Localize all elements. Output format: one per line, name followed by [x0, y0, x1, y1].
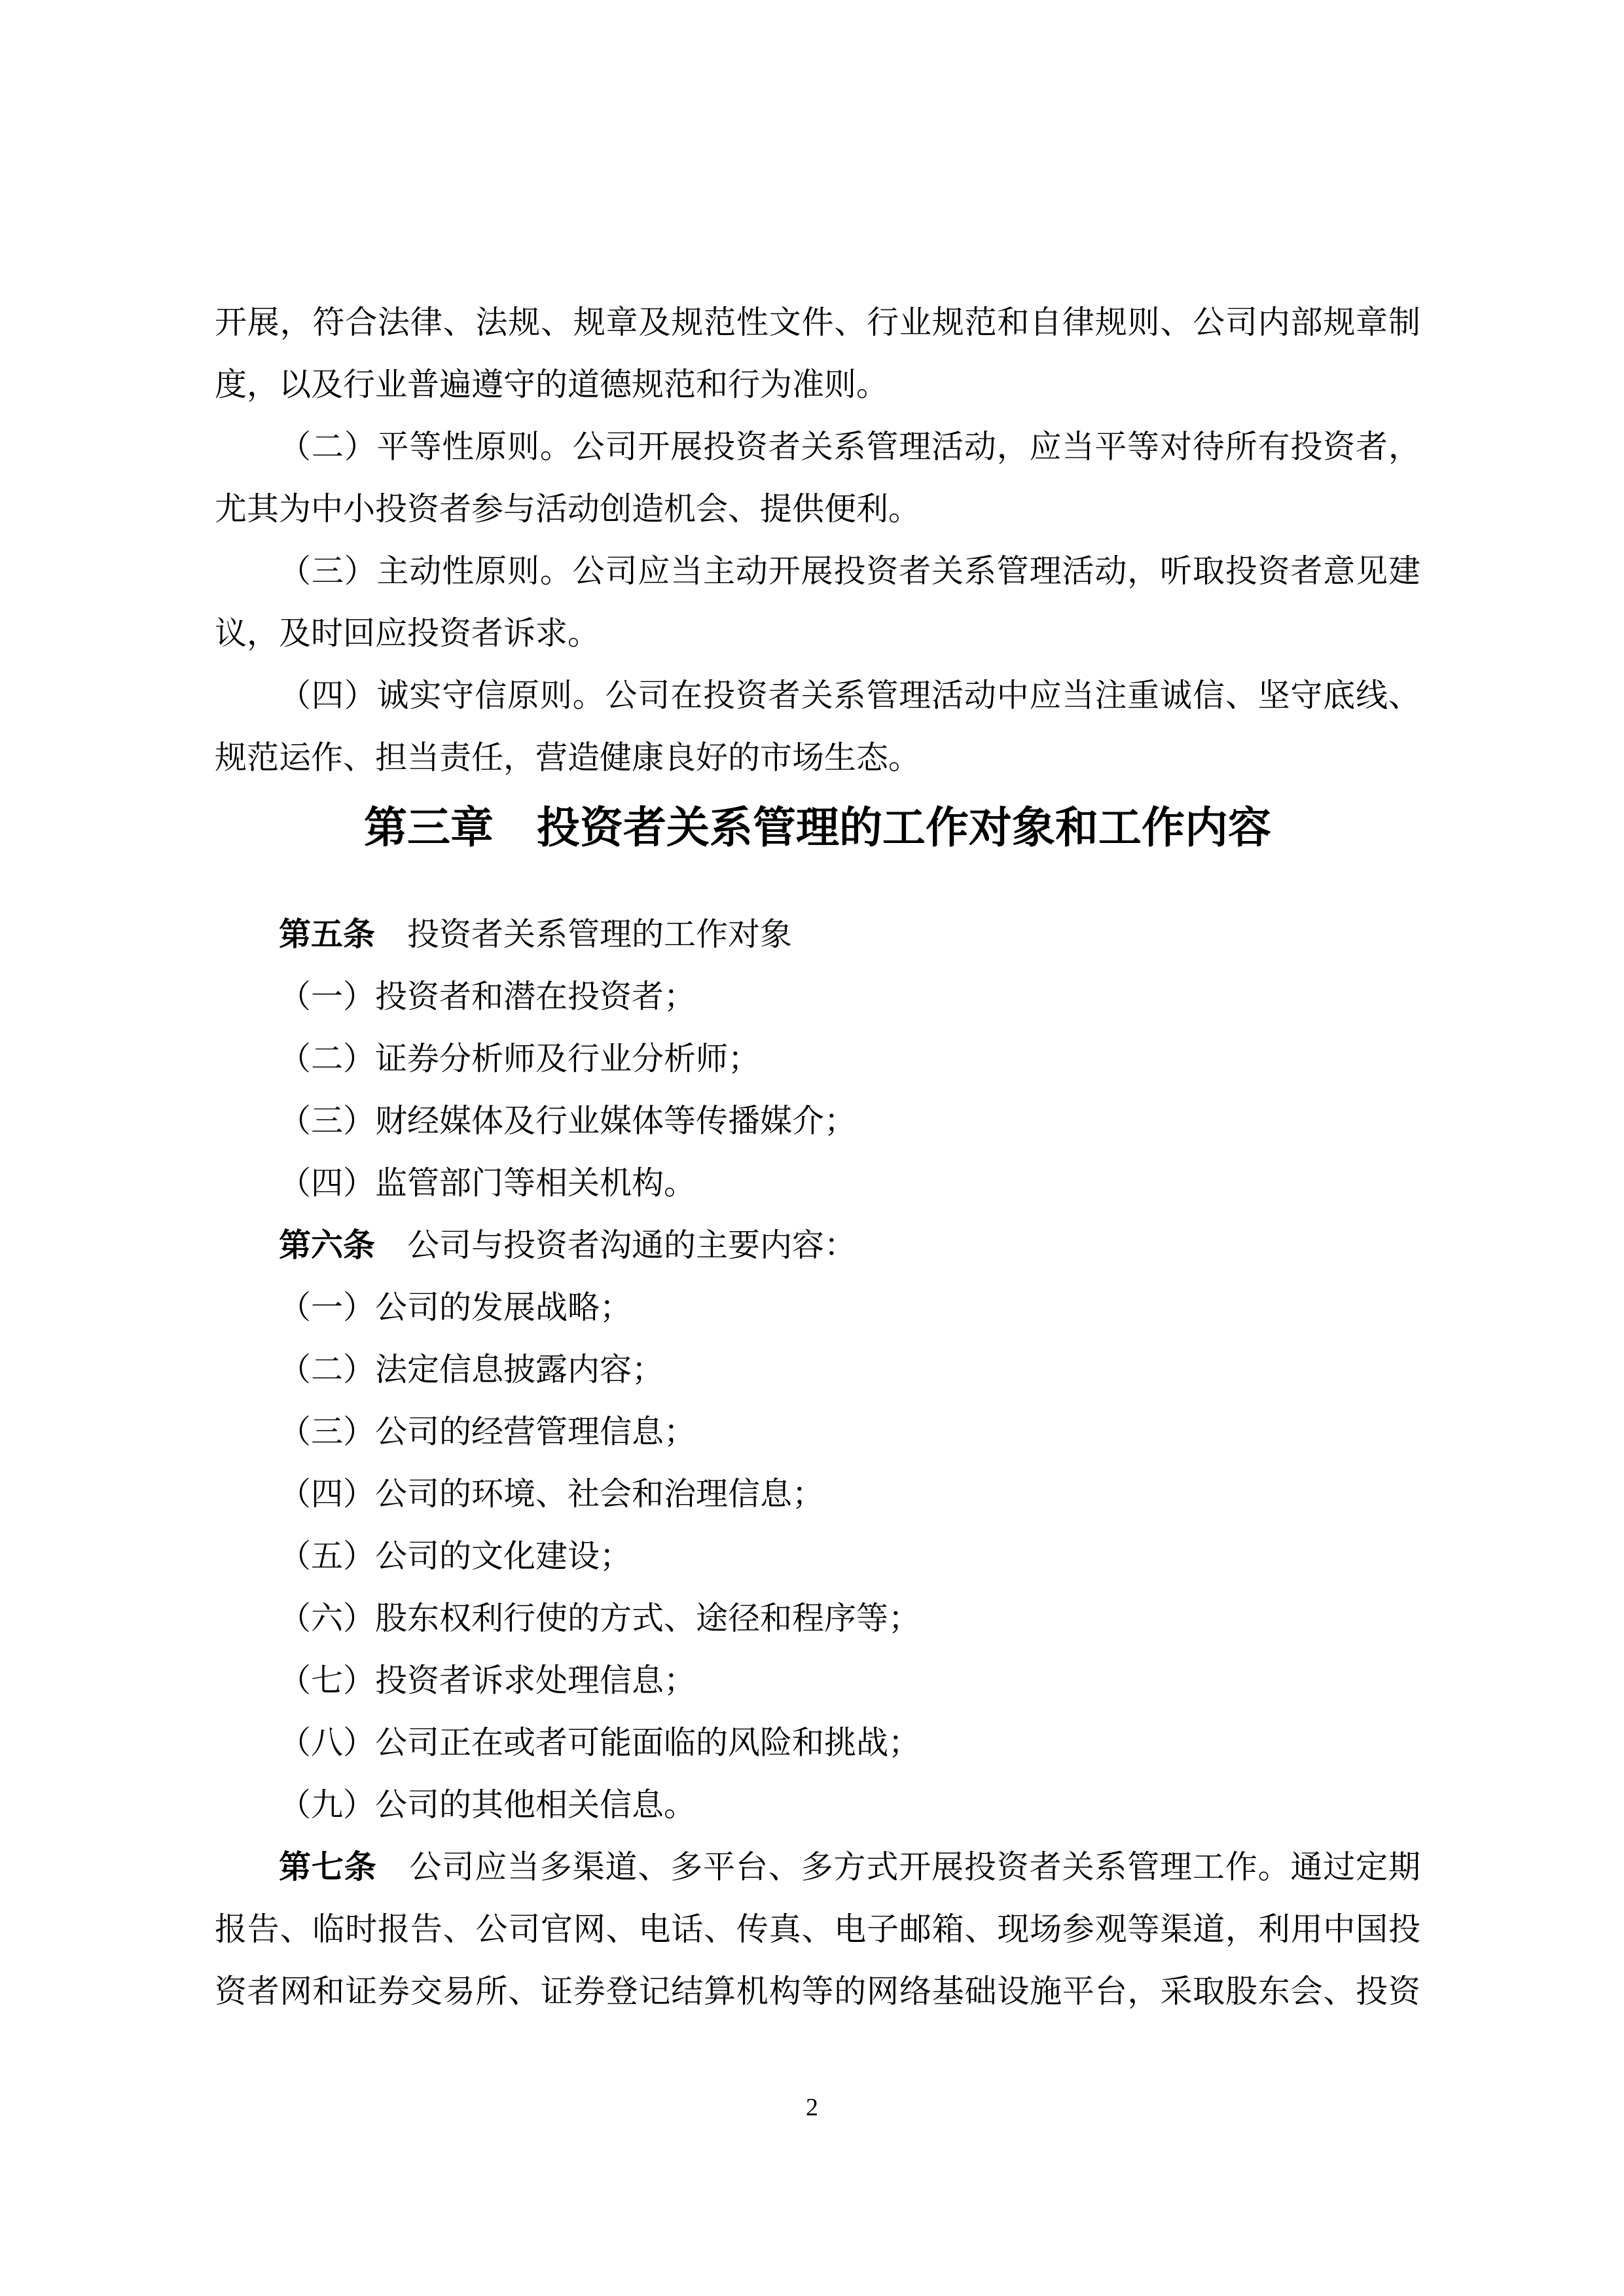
article-number: 第七条: [279, 1849, 377, 1885]
body-line: 报告、临时报告、公司官网、电话、传真、电子邮箱、现场参观等渠道，利用中国投: [215, 1898, 1420, 1960]
list-item-line: （八）公司正在或者可能面临的风险和挑战；: [215, 1712, 1420, 1774]
chapter-heading: 第三章 投资者关系管理的工作对象和工作内容: [215, 796, 1420, 861]
list-item-line: （三）公司的经营管理信息；: [215, 1401, 1420, 1463]
list-item-line: （二）证券分析师及行业分析师；: [215, 1028, 1420, 1090]
body-line: （四）诚实守信原则。公司在投资者关系管理活动中应当注重诚信、坚守底线、: [215, 664, 1420, 726]
article-line: 第六条 公司与投资者沟通的主要内容：: [215, 1214, 1420, 1276]
list-item-line: （一）公司的发展战略；: [215, 1276, 1420, 1338]
document-content: 开展，符合法律、法规、规章及规范性文件、行业规范和自律规则、公司内部规章制 度，…: [215, 291, 1420, 2022]
document-page: 开展，符合法律、法规、规章及规范性文件、行业规范和自律规则、公司内部规章制 度，…: [0, 0, 1624, 2296]
page-number: 2: [0, 2091, 1624, 2124]
list-item-line: （五）公司的文化建设；: [215, 1525, 1420, 1587]
article-line: 第五条 投资者关系管理的工作对象: [215, 903, 1420, 965]
body-line: 规范运作、担当责任，营造健康良好的市场生态。: [215, 726, 1420, 789]
body-line: 资者网和证券交易所、证券登记结算机构等的网络基础设施平台，采取股东会、投资: [215, 1960, 1420, 2022]
article-title: 公司与投资者沟通的主要内容：: [375, 1227, 856, 1263]
list-item-line: （二）法定信息披露内容；: [215, 1338, 1420, 1401]
article-title: 投资者关系管理的工作对象: [375, 916, 792, 952]
article-body: 公司应当多渠道、多平台、多方式开展投资者关系管理工作。通过定期: [377, 1849, 1420, 1885]
body-line: （三）主动性原则。公司应当主动开展投资者关系管理活动，听取投资者意见建: [215, 540, 1420, 602]
body-line: 开展，符合法律、法规、规章及规范性文件、行业规范和自律规则、公司内部规章制: [215, 291, 1420, 353]
list-item-line: （四）监管部门等相关机构。: [215, 1152, 1420, 1214]
article-number: 第五条: [279, 916, 375, 952]
list-item-line: （四）公司的环境、社会和治理信息；: [215, 1463, 1420, 1525]
list-item-line: （七）投资者诉求处理信息；: [215, 1649, 1420, 1712]
list-item-line: （九）公司的其他相关信息。: [215, 1774, 1420, 1836]
body-line: （二）平等性原则。公司开展投资者关系管理活动，应当平等对待所有投资者，: [215, 416, 1420, 478]
article-number: 第六条: [279, 1227, 375, 1263]
body-line: 议，及时回应投资者诉求。: [215, 602, 1420, 664]
list-item-line: （一）投资者和潜在投资者；: [215, 965, 1420, 1028]
article-line: 第七条 公司应当多渠道、多平台、多方式开展投资者关系管理工作。通过定期: [215, 1836, 1420, 1898]
body-line: 尤其为中小投资者参与活动创造机会、提供便利。: [215, 478, 1420, 540]
list-item-line: （三）财经媒体及行业媒体等传播媒介；: [215, 1090, 1420, 1152]
body-line: 度，以及行业普遍遵守的道德规范和行为准则。: [215, 353, 1420, 416]
list-item-line: （六）股东权利行使的方式、途径和程序等；: [215, 1587, 1420, 1649]
